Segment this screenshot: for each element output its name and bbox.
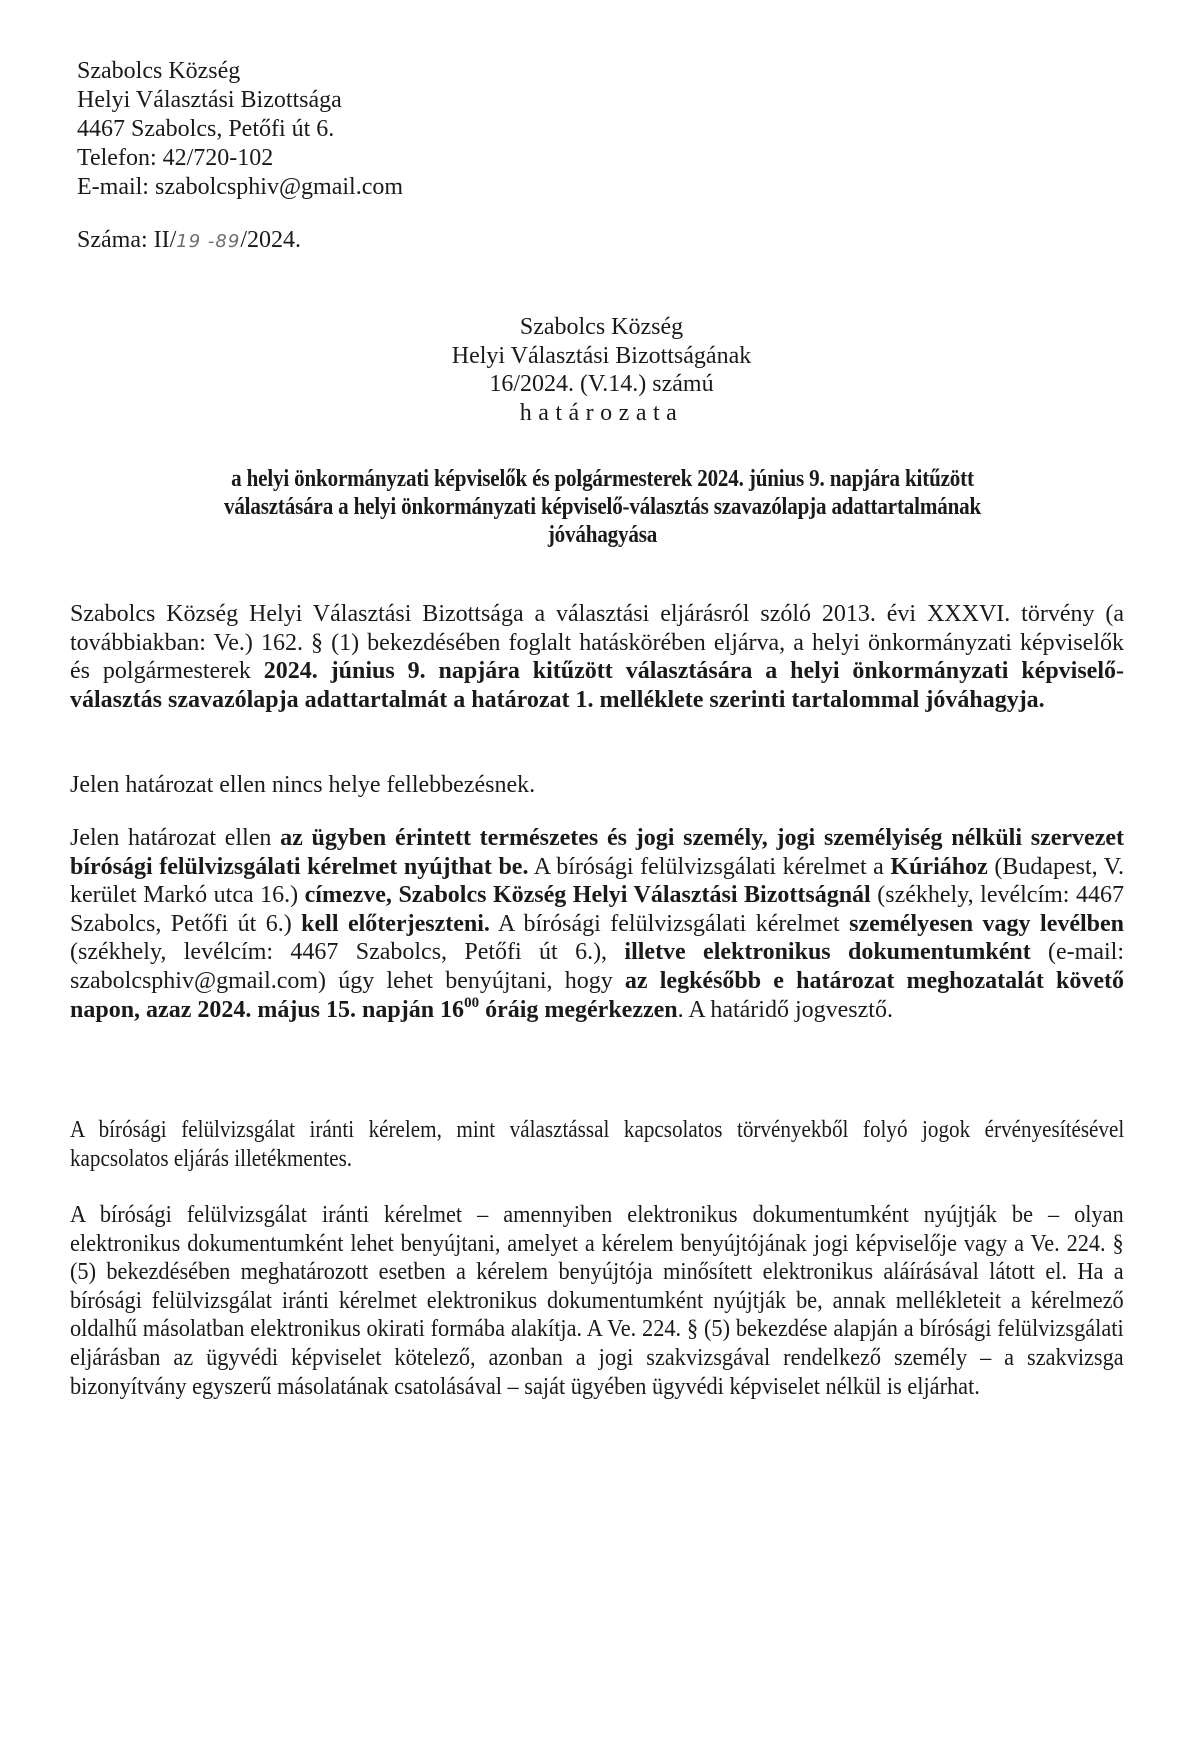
handwritten-number: 19 -89 (176, 231, 240, 252)
heading-resolution-word: határozata (0, 399, 1203, 428)
paragraph-electronic-submission: A bírósági felülvizsgálat iránti kérelme… (70, 1201, 1124, 1401)
paragraph-fee-exempt: A bírósági felülvizsgálat iránti kérelem… (70, 1116, 1124, 1173)
remedy-text-5: A bírósági felülvizsgálati kérelmet (490, 911, 849, 937)
sender-name: Szabolcs Község (77, 57, 403, 86)
reference-year: /2024. (240, 227, 301, 253)
sender-committee: Helyi Választási Bizottsága (77, 86, 403, 115)
remedy-bold-kuria: Kúriához (890, 854, 987, 880)
fee-exempt-text: A bírósági felülvizsgálat iránti kérelem… (70, 1117, 1124, 1172)
sender-address: 4467 Szabolcs, Petőfi út 6. (77, 115, 403, 144)
title-line-1: a helyi önkormányzati képviselők és polg… (153, 465, 1052, 493)
remedy-text-8: . A határidő jogvesztő. (678, 997, 893, 1023)
no-appeal-text: Jelen határozat ellen nincs helye felleb… (70, 772, 535, 798)
sender-phone: Telefon: 42/720-102 (77, 144, 403, 173)
electronic-submission-text: A bírósági felülvizsgálat iránti kérelme… (70, 1202, 1124, 1400)
heading-municipality: Szabolcs Község (0, 313, 1203, 342)
remedy-bold-8: óráig megérkezzen (479, 997, 678, 1023)
title-line-3: jóváhagyása (153, 521, 1052, 549)
remedy-text-1: Jelen határozat ellen (70, 825, 280, 851)
sender-email: E-mail: szabolcsphiv@gmail.com (77, 173, 403, 202)
title-line-2: választására a helyi önkormányzati képvi… (153, 493, 1052, 521)
remedy-bold-3: címezve, Szabolcs Község Helyi Választás… (305, 882, 871, 908)
resolution-title: a helyi önkormányzati képviselők és polg… (153, 465, 1052, 549)
remedy-text-6: (székhely, levélcím: 4467 Szabolcs, Pető… (70, 939, 624, 965)
remedy-bold-6: illetve elektronikus dokumentumként (624, 939, 1030, 965)
paragraph-legal-remedy: Jelen határozat ellen az ügyben érintett… (70, 824, 1124, 1024)
remedy-bold-5: személyesen vagy levélben (849, 911, 1124, 937)
remedy-text-2: A bírósági felülvizsgálati kérelmet a (528, 854, 890, 880)
remedy-bold-4: kell előterjeszteni. (301, 911, 490, 937)
reference-number: Száma: II/19 -89/2024. (77, 226, 301, 256)
sender-address-block: Szabolcs Község Helyi Választási Bizotts… (77, 57, 403, 202)
document-page: Szabolcs Község Helyi Választási Bizotts… (0, 0, 1203, 1744)
paragraph-no-appeal: Jelen határozat ellen nincs helye felleb… (70, 771, 1124, 800)
resolution-heading: Szabolcs Község Helyi Választási Bizotts… (0, 313, 1203, 427)
heading-committee: Helyi Választási Bizottságának (0, 342, 1203, 371)
paragraph-decision: Szabolcs Község Helyi Választási Bizotts… (70, 600, 1124, 714)
heading-number: 16/2024. (V.14.) számú (0, 370, 1203, 399)
deadline-superscript: 00 (464, 995, 479, 1011)
reference-label: Száma: II/ (77, 227, 176, 253)
